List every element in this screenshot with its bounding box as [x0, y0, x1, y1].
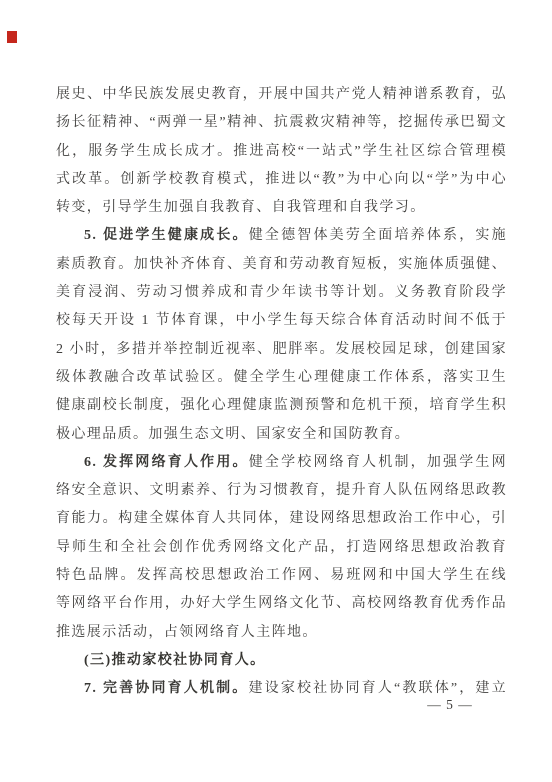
text-line: 化，服务学生成长成才。推进高校“一站式”学生社区综合管理模	[56, 138, 507, 166]
text-line: 特色品牌。发挥高校思想政治工作网、易班网和中国大学生在线	[56, 562, 507, 590]
section-heading: (三)推动家校社协同育人。	[56, 647, 507, 675]
text-line: 校每天开设 1 节体育课，中小学生每天综合体育活动时间不低于	[56, 307, 507, 335]
page-number: — 5 —	[424, 697, 476, 713]
text-line: 推选展示活动，占领网络育人主阵地。	[56, 619, 507, 647]
text-line: 健康副校长制度，强化心理健康监测预警和危机干预，培育学生积	[56, 392, 507, 420]
text-line: 等网络平台作用，办好大学生网络文化节、高校网络教育优秀作品	[56, 590, 507, 618]
paragraph-lead: 5. 促进学生健康成长。	[84, 228, 249, 243]
text-line: 素质教育。加快补齐体育、美育和劳动教育短板，实施体质强健、	[56, 251, 507, 279]
text-line: 式改革。创新学校教育模式，推进以“教”为中心向以“学”为中心	[56, 166, 507, 194]
text-line: 美育浸润、劳动习惯养成和青少年读书等计划。义务教育阶段学	[56, 279, 507, 307]
text-line: 极心理品质。加强生态文明、国家安全和国防教育。	[56, 421, 507, 449]
text-line: 5. 促进学生健康成长。健全德智体美劳全面培养体系，实施	[56, 222, 507, 250]
text-line: 络安全意识、文明素养、行为习惯教育，提升育人队伍网络思政教	[56, 477, 507, 505]
text-line: 展史、中华民族发展史教育，开展中国共产党人精神谱系教育，弘	[56, 81, 507, 109]
document-page: 展史、中华民族发展史教育，开展中国共产党人精神谱系教育，弘扬长征精神、“两弹一星…	[0, 0, 552, 782]
text-line: 2 小时，多措并举控制近视率、肥胖率。发展校园足球，创建国家	[56, 336, 507, 364]
text-line: 导师生和全社会创作优秀网络文化产品，打造网络思想政治教育	[56, 534, 507, 562]
text-line: 扬长征精神、“两弹一星”精神、抗震救灾精神等，挖掘传承巴蜀文	[56, 109, 507, 137]
text-line: 转变，引导学生加强自我教育、自我管理和自我学习。	[56, 194, 507, 222]
paragraph-lead: 6. 发挥网络育人作用。	[84, 455, 249, 470]
text-line: 育能力。构建全媒体育人共同体，建设网络思想政治工作中心，引	[56, 505, 507, 533]
document-body: 展史、中华民族发展史教育，开展中国共产党人精神谱系教育，弘扬长征精神、“两弹一星…	[56, 81, 507, 704]
paragraph-lead: 7. 完善协同育人机制。	[84, 681, 248, 696]
red-stamp-mark	[7, 31, 17, 43]
text-line: 6. 发挥网络育人作用。健全学校网络育人机制，加强学生网	[56, 449, 507, 477]
text-line: 级体教融合改革试验区。健全学生心理健康工作体系，落实卫生	[56, 364, 507, 392]
